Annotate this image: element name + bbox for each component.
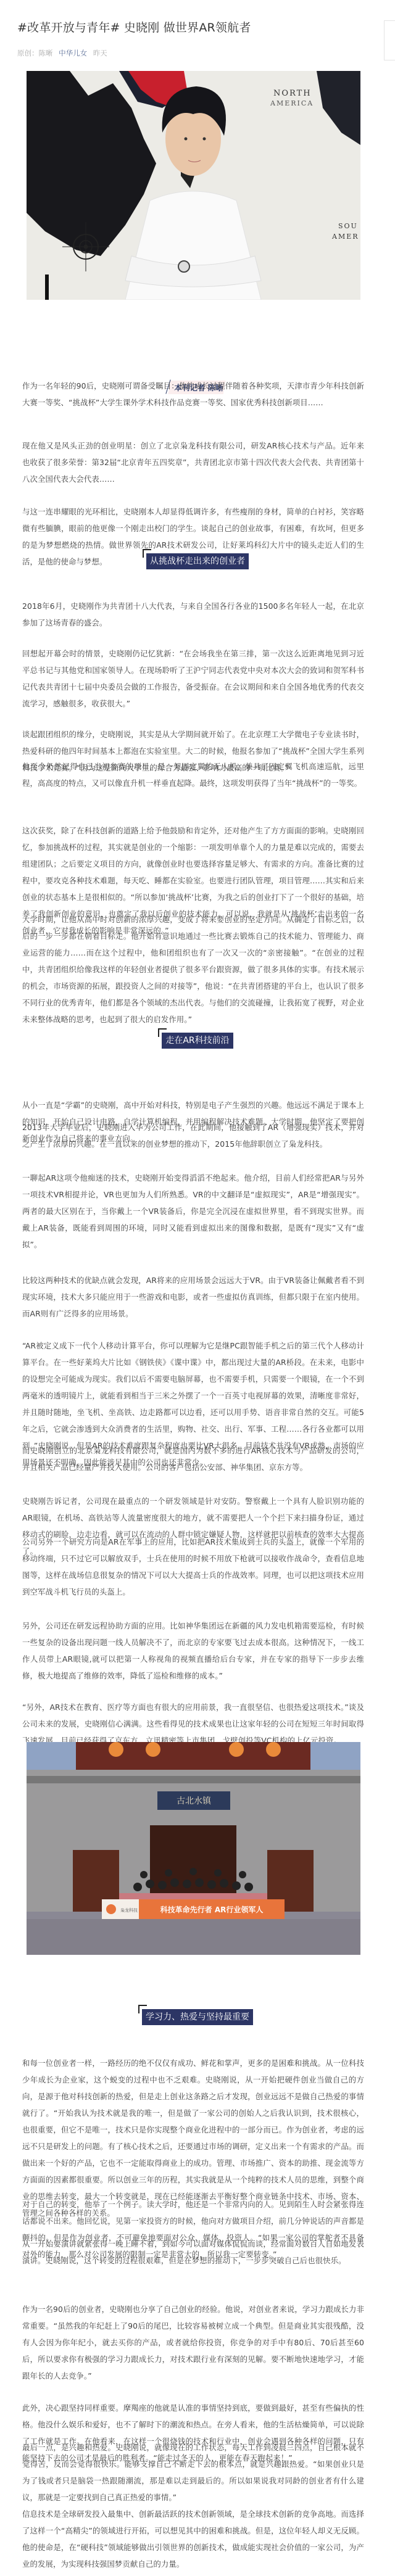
section-heading-3-label: 学习力、热爱与坚持最重要 bbox=[142, 2009, 253, 2025]
paragraph: 另外，公司还在研发远程协助方面的应用。比如神华集团远在新疆的风力发电机箱需要巡检… bbox=[22, 1617, 364, 1684]
paragraph: 一聊起AR这项令他痴迷的技术，史晓刚开始变得滔滔不绝起来。他介绍，目前人们经常把… bbox=[22, 1170, 364, 1253]
portrait-illustration: NORTH AMERICA SOU AMER bbox=[27, 71, 360, 300]
banner-text: 科技革命先行者 AR行业领军人 bbox=[160, 1905, 264, 1914]
paragraph: 2013年大学毕业后，史晓刚进入华为公司工作，在此期间，他接触到了AR（增强现实… bbox=[22, 1119, 364, 1152]
section-heading-1: 从挑战杯走出来的创业者 bbox=[0, 553, 395, 569]
intro-paragraph-1: 作为一名年轻的90后，史晓刚可谓备受瞩目：他的成长过程伴随着各种奖项，天津市青少… bbox=[22, 378, 364, 411]
section-heading-2: 走在AR科技前沿 bbox=[0, 1033, 395, 1049]
paragraph: 他至今仍然记得自己当初参赛的项目，是一架固定翼的无人机，兼具了固定翼飞机高速巡航… bbox=[22, 758, 364, 791]
paragraph: 信息技术是全球研发投入最集中、创新最活跃的技术创新领域，是全球技术创新的竞争高地… bbox=[22, 2506, 364, 2572]
section-heading-1-label: 从挑战杯走出来的创业者 bbox=[146, 553, 249, 569]
paragraph: 作为一名90后的创业者，史晓刚也分享了自己创业的经验。他说，对创业者来说，学习力… bbox=[22, 2301, 364, 2384]
team-photo: 古北水镇 枭龙科技 科技革命先行者 AR行业领军人 bbox=[27, 1742, 360, 1955]
svg-text:枭龙科技: 枭龙科技 bbox=[120, 1907, 138, 1913]
article-title: #改革开放与青年# 史晓刚 做世界AR领航者 bbox=[17, 19, 251, 35]
sidebar-panel-edge bbox=[384, 20, 395, 60]
intro-paragraph-2: 现在他又是风头正劲的创业明星：创立了北京枭龙科技有限公司，研发AR核心技术与产品… bbox=[22, 437, 364, 487]
svg-text:AMERICA: AMERICA bbox=[270, 99, 314, 107]
paragraph: 而史晓刚创立的北京枭龙科技有限公司，就是国内为数不多的进行AR核心技术与产品研发… bbox=[22, 1442, 364, 1476]
article-meta: 原创：陈晰 中华儿女 昨天 bbox=[17, 48, 107, 58]
paragraph: 最后一点，是兴趣和热爱。史晓刚说，就像现在的工作状态，每天工作到凌晨三四点，自己… bbox=[22, 2439, 364, 2506]
paragraph: 从一开始要演讲就紧张得一晚上睡不着，到如今可以面对媒体侃侃而谈，经常面对数百人自… bbox=[22, 2235, 364, 2269]
team-photo-illustration: 古北水镇 枭龙科技 科技革命先行者 AR行业领军人 bbox=[27, 1742, 360, 1955]
section-heading-3: 学习力、热爱与坚持最重要 bbox=[0, 2009, 395, 2025]
paragraph: 回想起开幕会时的情景，史晓刚仍记忆犹新：“在会场我坐在第三排，第一次这么近距离地… bbox=[22, 645, 364, 712]
section-heading-2-label: 走在AR科技前沿 bbox=[162, 1033, 233, 1049]
paragraph: 比较这两种技术的优缺点就会发现，AR将来的应用场景会远远大于VR。由于VR装备让… bbox=[22, 1272, 364, 1322]
paragraph: “另外，AR技术在教育、医疗等方面也有很大的应用前景，我一直很坚信、也很热爱这项… bbox=[22, 1699, 364, 1749]
hero-image: NORTH AMERICA SOU AMER bbox=[27, 71, 360, 300]
paragraph: 2018年6月，史晓刚作为共青团十八大代表，与来自全国各行各业的1500多名年轻… bbox=[22, 598, 364, 631]
original-label: 原创： bbox=[17, 49, 39, 57]
svg-text:SOU: SOU bbox=[338, 222, 358, 230]
publish-time: 昨天 bbox=[93, 49, 107, 57]
paragraph: 公司另外一个研究方向是AR在军事上的应用，比如把AR技术集成到士兵的头盔上，就像… bbox=[22, 1534, 364, 1600]
author: 陈晰 bbox=[39, 49, 53, 57]
plaque-text: 古北水镇 bbox=[177, 1796, 212, 1806]
source-account-link[interactable]: 中华儿女 bbox=[59, 49, 87, 57]
map-label-north: NORTH bbox=[273, 89, 312, 98]
svg-text:AMER: AMER bbox=[331, 233, 359, 241]
paragraph: 大学时期，让他从高中时对创新的浓厚兴趣，变成了将来要创业的坚定方向。从确定了目标… bbox=[22, 911, 364, 1028]
